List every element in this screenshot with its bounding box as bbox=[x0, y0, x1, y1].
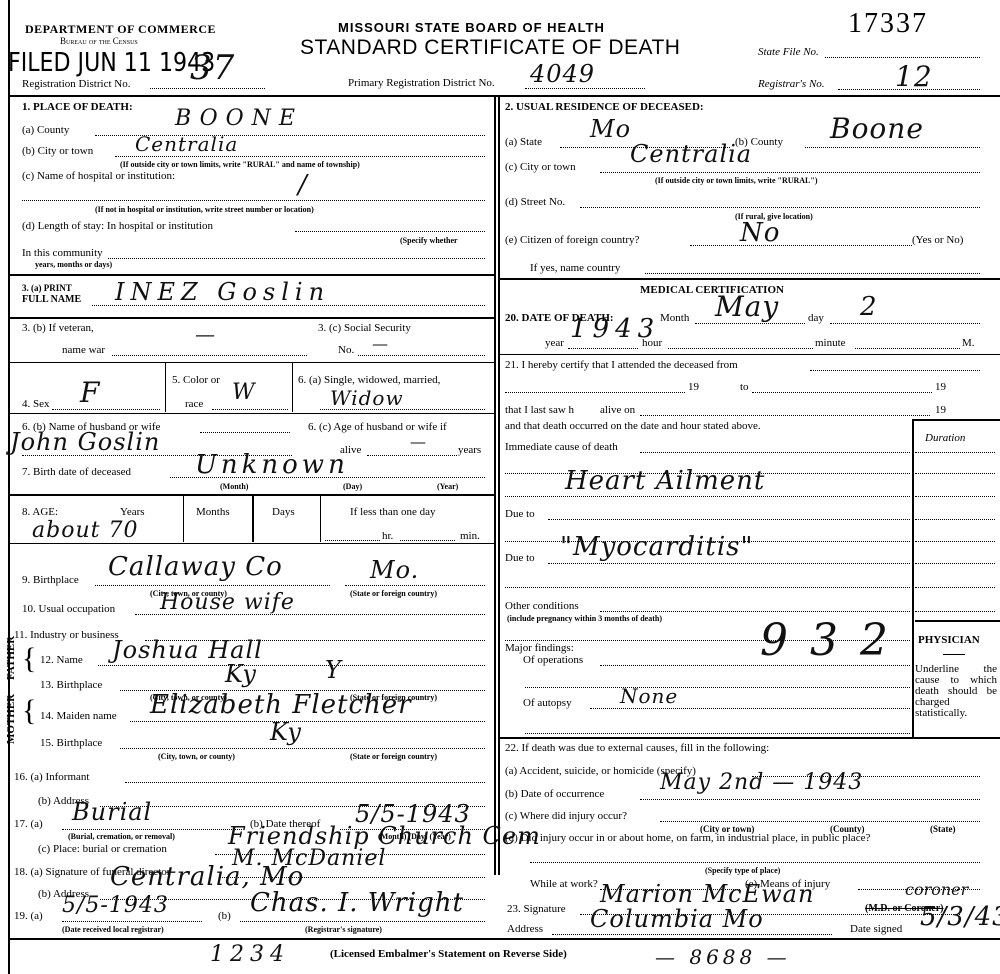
sig-address-value: Columbia Mo bbox=[590, 905, 764, 933]
age-months-header: Months bbox=[196, 506, 230, 518]
community-note: years, months or days) bbox=[35, 260, 112, 269]
due-to-2-value: "Myocarditis" bbox=[560, 532, 753, 562]
age-years-header: Years bbox=[120, 506, 145, 518]
dotted-line bbox=[112, 355, 307, 356]
death-m-label: M. bbox=[962, 337, 975, 349]
occurrence-label: (b) Date of occurrence bbox=[505, 788, 604, 800]
dotted-line bbox=[640, 415, 930, 416]
marital-label: 6. (a) Single, widowed, married, bbox=[298, 374, 440, 386]
age-days-header: Days bbox=[272, 506, 295, 518]
color-sub: race bbox=[185, 398, 203, 410]
where-state: (State) bbox=[930, 824, 956, 834]
birthplace-label: 9. Birthplace bbox=[22, 574, 79, 586]
immediate-label: Immediate cause of death bbox=[505, 441, 618, 453]
mother-name-label: 14. Maiden name bbox=[40, 710, 117, 722]
res-city-label: (c) City or town bbox=[505, 161, 576, 173]
occupation-value: House wife bbox=[160, 590, 295, 615]
veteran-value: — bbox=[195, 322, 216, 346]
signature-value: Marion McEwan bbox=[600, 880, 814, 908]
dotted-line bbox=[915, 563, 995, 564]
center-divider bbox=[494, 97, 496, 875]
certificate-title: STANDARD CERTIFICATE OF DEATH bbox=[300, 36, 680, 60]
dotted-line bbox=[150, 88, 265, 89]
citizen-label: (e) Citizen of foreign country? bbox=[505, 234, 639, 246]
informant-label: 16. (a) Informant bbox=[14, 771, 89, 783]
dotted-line bbox=[200, 432, 290, 433]
burial-place-label: (c) Place: burial or cremation bbox=[38, 843, 167, 855]
signature-role: coroner bbox=[905, 880, 968, 899]
dotted-line bbox=[855, 348, 960, 349]
dotted-line bbox=[695, 323, 805, 324]
dotted-line bbox=[52, 409, 160, 410]
birth-value: Unknown bbox=[195, 450, 349, 480]
dotted-line bbox=[568, 348, 638, 349]
death-city-note: (If outside city or town limits, write "… bbox=[120, 160, 360, 169]
dotted-line bbox=[915, 611, 995, 612]
country-label: If yes, name country bbox=[530, 262, 620, 274]
color-value: W bbox=[232, 380, 256, 405]
dotted-line bbox=[805, 147, 980, 148]
dotted-line bbox=[752, 392, 932, 393]
received-value: 5/5-1943 bbox=[62, 893, 169, 918]
left-margin-rule bbox=[8, 0, 10, 974]
home-label: (d) Did injury occur in or about home, o… bbox=[505, 832, 870, 844]
spouse-age-value: — bbox=[410, 432, 426, 451]
citizen-note: (Yes or No) bbox=[912, 234, 963, 246]
due-to-1-label: Due to bbox=[505, 508, 535, 520]
received-label: 19. (a) bbox=[14, 910, 43, 922]
header-divider bbox=[8, 95, 1000, 97]
dotted-line bbox=[690, 245, 912, 246]
footer-divider bbox=[8, 938, 1000, 940]
ss-sub: No. bbox=[338, 344, 354, 356]
dotted-line bbox=[915, 496, 995, 497]
due-to-2-label: Due to bbox=[505, 552, 535, 564]
mother-birth-city-note: (City, town, or county) bbox=[158, 752, 235, 761]
state-file-number: 17337 bbox=[848, 8, 928, 40]
father-birth-state: Y bbox=[325, 656, 342, 684]
bureau-label: Bureau of the Census bbox=[60, 36, 138, 46]
cell-divider bbox=[320, 494, 321, 542]
father-birth-value: Ky bbox=[225, 660, 257, 688]
primary-district-label: Primary Registration District No. bbox=[348, 77, 495, 89]
age-label: 8. AGE: bbox=[22, 506, 58, 518]
section-divider bbox=[498, 354, 1000, 355]
to-label: to bbox=[740, 381, 749, 393]
dotted-line bbox=[825, 57, 980, 58]
primary-district-value: 4049 bbox=[530, 60, 595, 88]
dotted-line bbox=[367, 455, 457, 456]
res-city-note: (If outside city or town limits, write "… bbox=[655, 176, 818, 185]
spouse-age-unit: years bbox=[458, 444, 481, 456]
section-divider bbox=[8, 494, 494, 496]
birth-month: (Month) bbox=[220, 482, 248, 491]
res-county-value: Boone bbox=[830, 112, 924, 145]
dotted-line bbox=[62, 829, 242, 830]
hospital-label: (c) Name of hospital or institution: bbox=[22, 170, 175, 182]
death-county-value: BOONE bbox=[175, 106, 303, 131]
birth-year: (Year) bbox=[437, 482, 458, 491]
dotted-line bbox=[95, 585, 330, 586]
mother-birth-state-note: (State or foreign country) bbox=[350, 752, 437, 761]
section-divider bbox=[8, 413, 494, 414]
birthplace-state-note: (State or foreign country) bbox=[350, 589, 437, 598]
occurred-line: and that death occurred on the date and … bbox=[505, 420, 761, 432]
section-divider bbox=[498, 737, 1000, 739]
registrar-sig-value: Chas. I. Wright bbox=[250, 888, 464, 918]
community-label: In this community bbox=[22, 247, 103, 259]
dotted-line bbox=[525, 733, 910, 734]
full-name-value: INEZ Goslin bbox=[115, 278, 330, 306]
registrar-sig-note: (Registrar's signature) bbox=[305, 925, 382, 934]
mother-name-value: Elizabeth Fletcher bbox=[150, 690, 412, 720]
dotted-line bbox=[62, 921, 202, 922]
dotted-line bbox=[915, 587, 995, 588]
death-year-label: year bbox=[545, 337, 564, 349]
autopsy-label: Of autopsy bbox=[523, 697, 572, 709]
veteran-label: 3. (b) If veteran, bbox=[22, 322, 94, 334]
disposal-value: Burial bbox=[72, 798, 152, 826]
dotted-line bbox=[98, 665, 485, 666]
cell-divider bbox=[252, 494, 254, 542]
date-signed-value: 5/3/43 bbox=[920, 902, 1000, 932]
industry-label: 11. Industry or business bbox=[14, 629, 119, 641]
other-conditions-label: Other conditions bbox=[505, 600, 579, 612]
dotted-line bbox=[115, 156, 485, 157]
mother-birth-label: 15. Birthplace bbox=[40, 737, 102, 749]
place-of-death-heading: 1. PLACE OF DEATH: bbox=[22, 101, 133, 113]
spouse-value: John Goslin bbox=[10, 428, 160, 456]
where-label: (c) Where did injury occur? bbox=[505, 810, 627, 822]
dotted-line bbox=[120, 748, 485, 749]
dotted-line bbox=[915, 541, 995, 542]
birthplace-value: Callaway Co bbox=[108, 552, 283, 582]
findings-label: Major findings: bbox=[505, 642, 574, 654]
dotted-line bbox=[552, 934, 832, 935]
birth-label: 7. Birth date of deceased bbox=[22, 466, 131, 478]
registrar-no-value: 12 bbox=[895, 60, 933, 93]
veteran-sub: name war bbox=[62, 344, 105, 356]
dotted-line bbox=[525, 687, 910, 688]
dotted-line bbox=[810, 370, 980, 371]
dotted-line bbox=[830, 323, 980, 324]
dotted-line bbox=[130, 721, 485, 722]
reg-district-label: Registration District No. bbox=[22, 78, 130, 90]
dotted-line bbox=[295, 231, 485, 232]
duration-column-rule bbox=[912, 419, 914, 737]
dotted-line bbox=[240, 921, 485, 922]
dotted-line bbox=[325, 540, 380, 541]
section-divider bbox=[8, 362, 494, 363]
dotted-line bbox=[525, 88, 645, 89]
dotted-line bbox=[125, 782, 485, 783]
ss-label: 3. (c) Social Security bbox=[318, 322, 411, 334]
age-less-header: If less than one day bbox=[350, 506, 436, 518]
immediate-value: Heart Ailment bbox=[565, 466, 765, 496]
embalmer-number: 1234 bbox=[210, 942, 290, 967]
center-divider-2 bbox=[498, 97, 500, 875]
dotted-line bbox=[660, 821, 980, 822]
cell-divider bbox=[183, 494, 184, 542]
death-hour-label: hour bbox=[642, 337, 662, 349]
duration-top-rule bbox=[912, 419, 1000, 421]
dotted-line bbox=[212, 409, 288, 410]
cell-divider bbox=[165, 362, 166, 412]
age-hr: hr. bbox=[382, 530, 393, 542]
residence-heading: 2. USUAL RESIDENCE OF DECEASED: bbox=[505, 101, 704, 113]
dotted-line bbox=[640, 452, 910, 453]
res-state-value: Mo bbox=[590, 115, 631, 143]
dotted-line bbox=[915, 473, 995, 474]
filed-stamp: FILED JUN 11 1943 bbox=[8, 48, 215, 78]
father-brace-icon: { bbox=[22, 642, 36, 676]
death-city-label: (b) City or town bbox=[22, 145, 93, 157]
age-value: about 70 bbox=[32, 518, 138, 543]
hospital-value: / bbox=[298, 170, 308, 200]
physician-top-rule bbox=[915, 620, 1000, 622]
name-label-b: FULL NAME bbox=[22, 294, 81, 305]
res-city-value: Centralia bbox=[630, 140, 752, 168]
dotted-line bbox=[645, 273, 980, 274]
mother-brace-icon: { bbox=[22, 694, 36, 728]
death-minute-label: minute bbox=[815, 337, 846, 349]
disposal-label: 17. (a) bbox=[14, 818, 43, 830]
stay-label: (d) Length of stay: In hospital or insti… bbox=[22, 220, 213, 232]
death-day-value: 2 bbox=[860, 292, 878, 322]
death-month-label: Month bbox=[660, 312, 689, 324]
birth-day: (Day) bbox=[343, 482, 362, 491]
registrar-no-label: Registrar's No. bbox=[758, 78, 825, 90]
occupation-label: 10. Usual occupation bbox=[22, 603, 115, 615]
dotted-line bbox=[358, 355, 485, 356]
street-label: (d) Street No. bbox=[505, 196, 565, 208]
last-saw-label: that I last saw h bbox=[505, 404, 574, 416]
section-divider bbox=[498, 278, 1000, 280]
dotted-line bbox=[600, 665, 910, 666]
father-name-label: 12. Name bbox=[40, 654, 83, 666]
dotted-line bbox=[108, 258, 485, 259]
embalmer-note: (Licensed Embalmer's Statement on Revers… bbox=[330, 948, 567, 960]
state-file-label: State File No. bbox=[758, 46, 819, 58]
dotted-line bbox=[400, 540, 455, 541]
dotted-line bbox=[915, 519, 995, 520]
received-note: (Date received local registrar) bbox=[62, 925, 164, 934]
reg-district-value: 37 bbox=[190, 48, 235, 88]
sex-label: 4. Sex bbox=[22, 398, 50, 410]
work-label: While at work? bbox=[530, 878, 598, 890]
place-type-note: (Specify type of place) bbox=[705, 866, 780, 875]
age-min: min. bbox=[460, 530, 480, 542]
duration-label: Duration bbox=[925, 432, 965, 444]
dotted-line bbox=[600, 611, 910, 612]
dotted-line bbox=[548, 519, 910, 520]
section-divider bbox=[8, 274, 494, 276]
cell-divider bbox=[292, 362, 293, 412]
dotted-line bbox=[505, 587, 910, 588]
father-birth-label: 13. Birthplace bbox=[40, 679, 102, 691]
dotted-line bbox=[530, 862, 980, 863]
registrar-sig-label: (b) bbox=[218, 910, 231, 922]
physician-note: Underline the cause to which death shoul… bbox=[915, 664, 997, 719]
dotted-line bbox=[590, 708, 910, 709]
mother-side-label: MOTHER bbox=[5, 694, 17, 744]
mother-birth-value: Ky bbox=[270, 718, 302, 746]
to-19-label: 19 bbox=[935, 381, 946, 393]
alive-on-label: alive on bbox=[600, 404, 635, 416]
ss-value: — bbox=[372, 334, 388, 353]
operations-label: Of operations bbox=[523, 654, 583, 666]
dotted-line bbox=[915, 452, 995, 453]
dotted-line bbox=[548, 563, 910, 564]
dept-label: DEPARTMENT OF COMMERCE bbox=[25, 22, 216, 37]
birthplace-state-value: Mo. bbox=[370, 556, 419, 584]
sig-address-label: Address bbox=[507, 923, 543, 935]
alive-19-label: 19 bbox=[935, 404, 946, 416]
death-county-label: (a) County bbox=[22, 124, 69, 136]
res-state-label: (a) State bbox=[505, 136, 542, 148]
autopsy-value: None bbox=[620, 684, 678, 708]
sex-value: F bbox=[80, 376, 100, 409]
occurrence-value: May 2nd — 1943 bbox=[660, 770, 863, 795]
death-month-value: May bbox=[715, 290, 779, 323]
physician-heading: PHYSICIAN bbox=[918, 634, 980, 646]
other-conditions-note: (include pregnancy within 3 months of de… bbox=[507, 614, 662, 623]
death-city-value: Centralia bbox=[135, 132, 238, 156]
footer-number: — 8688 — bbox=[655, 945, 791, 969]
dotted-line bbox=[580, 207, 980, 208]
father-side-label: FATHER bbox=[5, 636, 17, 680]
signature-label: 23. Signature bbox=[507, 903, 566, 915]
color-label: 5. Color or bbox=[172, 374, 220, 386]
dotted-line bbox=[640, 799, 980, 800]
section-divider bbox=[8, 317, 494, 319]
hospital-note: (If not in hospital or institution, writ… bbox=[95, 205, 314, 214]
dotted-line bbox=[668, 348, 813, 349]
external-heading: 22. If death was due to external causes,… bbox=[505, 742, 769, 754]
dotted-line bbox=[505, 496, 910, 497]
dotted-line bbox=[600, 172, 980, 173]
dotted-line bbox=[505, 640, 910, 641]
date-signed-label: Date signed bbox=[850, 923, 902, 935]
board-label: MISSOURI STATE BOARD OF HEALTH bbox=[338, 20, 605, 35]
marital-value: Widow bbox=[330, 386, 404, 410]
stay-note: (Specify whether bbox=[400, 236, 458, 245]
certify-line: 21. I hereby certify that I attended the… bbox=[505, 359, 738, 371]
disposal-note: (Burial, cremation, or removal) bbox=[68, 832, 175, 841]
section-divider bbox=[8, 543, 494, 544]
physician-underline bbox=[943, 654, 965, 655]
from-19-label: 19 bbox=[688, 381, 699, 393]
death-day-label: day bbox=[808, 312, 824, 324]
dotted-line bbox=[505, 392, 685, 393]
dotted-line bbox=[345, 585, 485, 586]
citizen-value: No bbox=[740, 218, 780, 248]
dotted-line bbox=[22, 200, 485, 201]
name-label-a: 3. (a) PRINT bbox=[22, 283, 72, 293]
